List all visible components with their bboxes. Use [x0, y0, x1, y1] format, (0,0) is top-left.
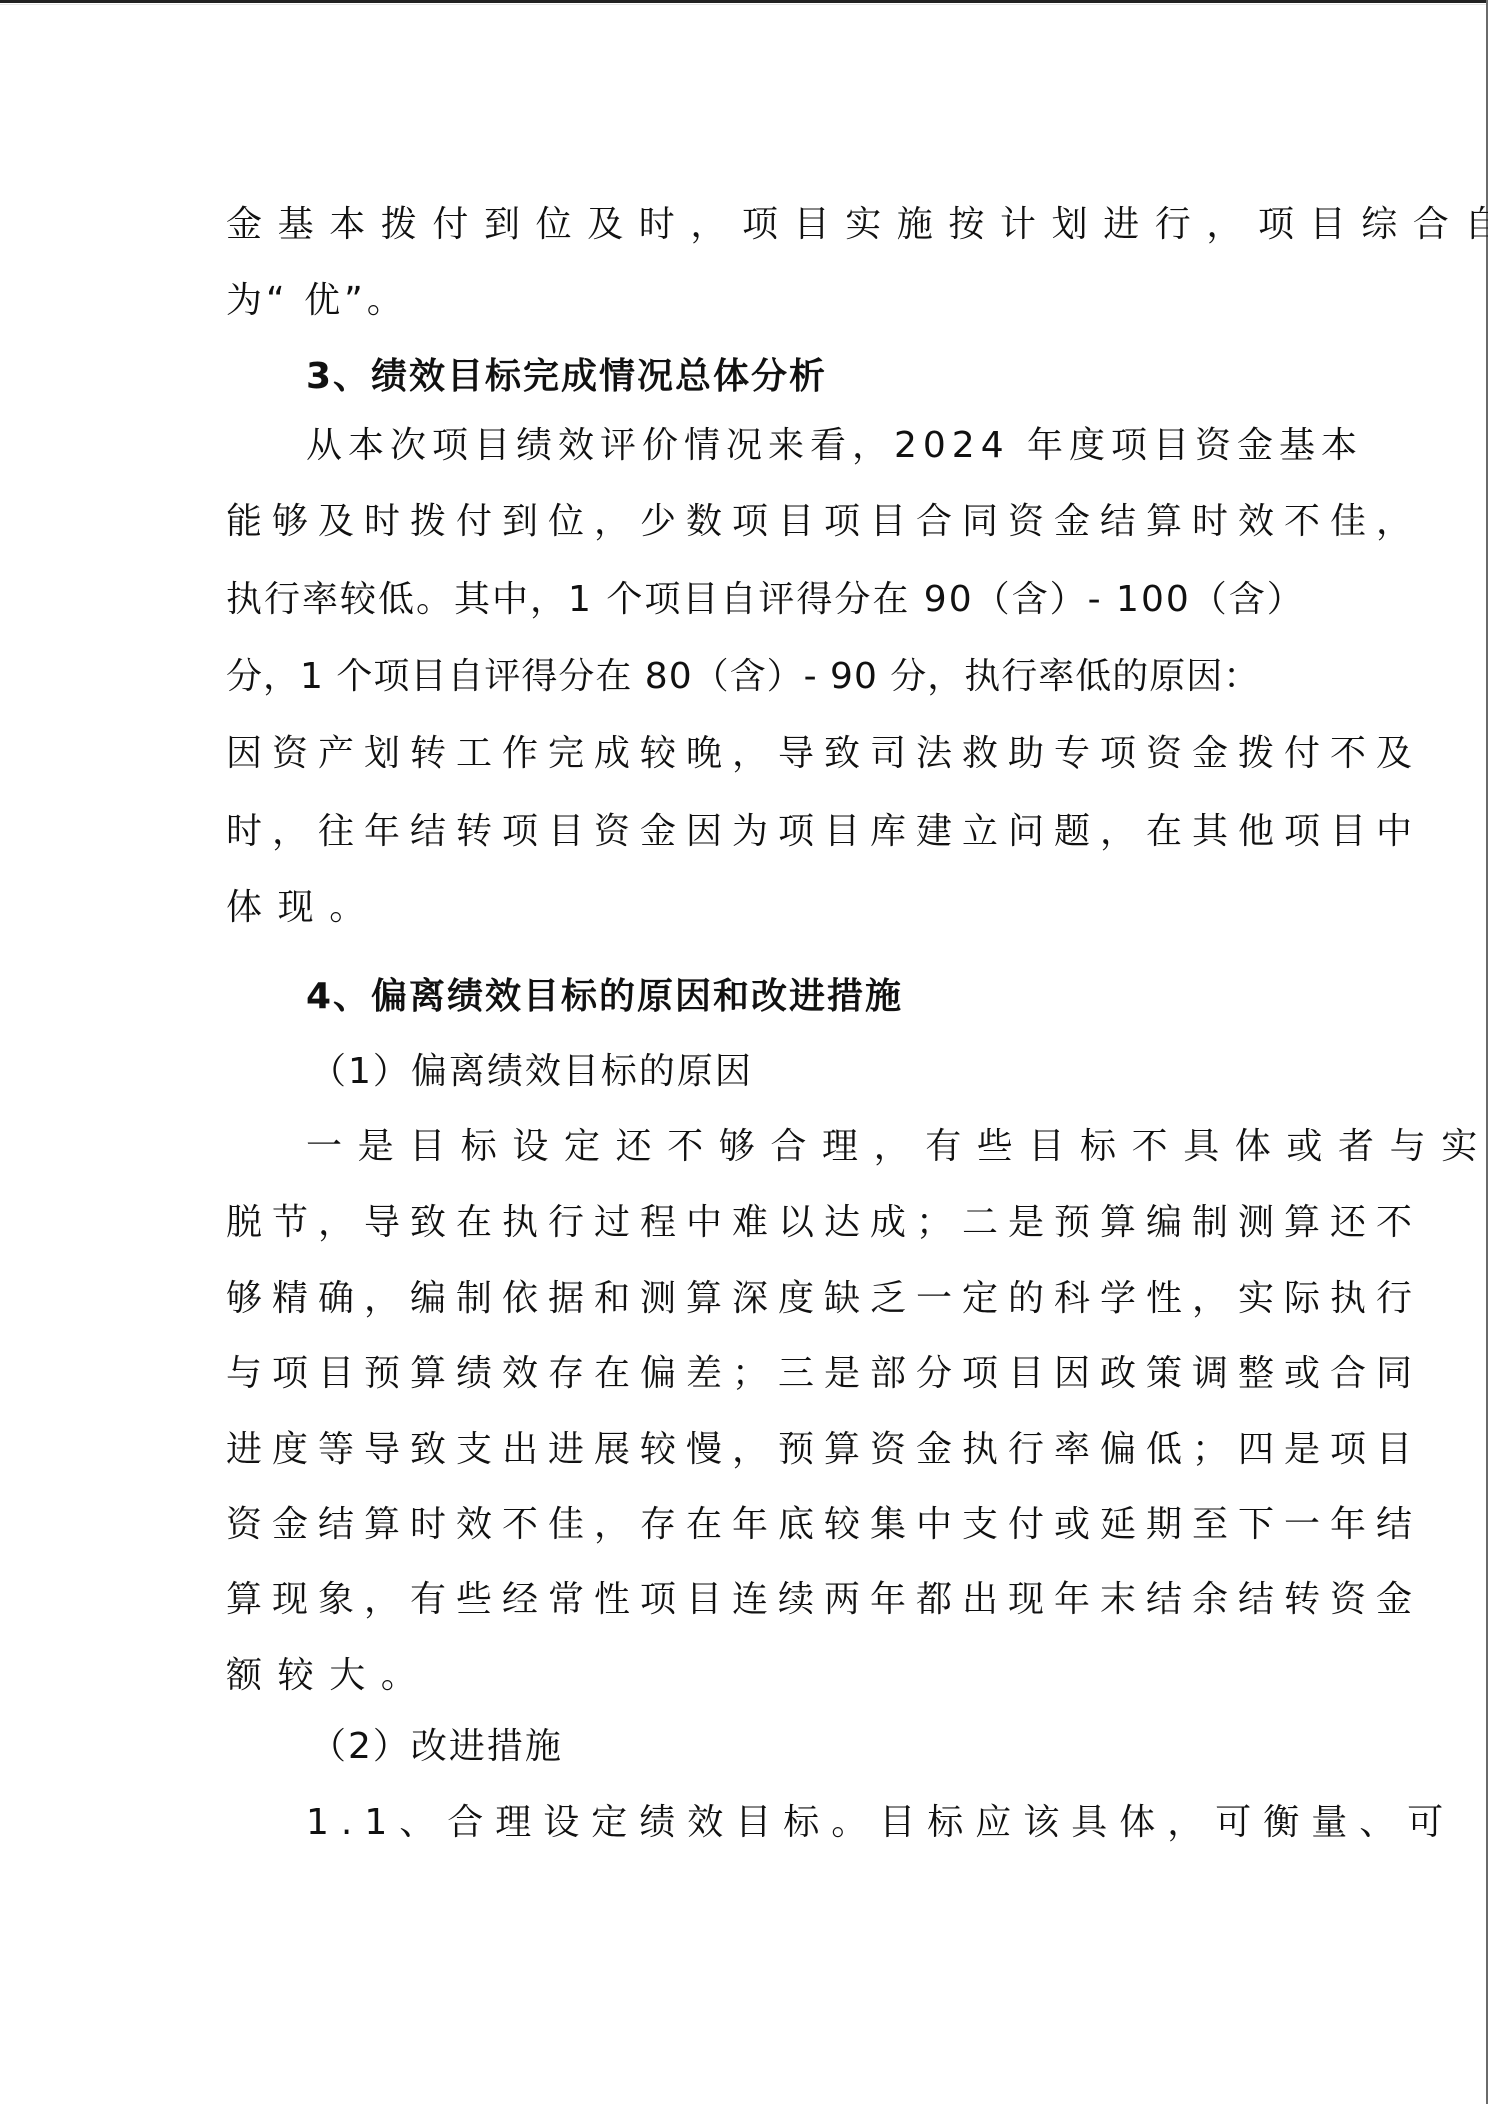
- paragraph-line: 额较大。: [226, 1652, 432, 1700]
- section-heading-3: 3、绩效目标完成情况总体分析: [306, 353, 827, 401]
- paragraph-line: 体现。: [226, 884, 381, 932]
- paragraph-line: 与项目预算绩效存在偏差；三是部分项目因政策调整或合同: [226, 1350, 1422, 1398]
- paragraph-line: 1.1、合理设定绩效目标。目标应该具体，可衡量、可: [306, 1799, 1455, 1847]
- paragraph-line: 金基本拨付到位及时，项目实施按计划进行，项目综合自评: [226, 201, 1488, 249]
- paragraph-line: 时，往年结转项目资金因为项目库建立问题，在其他项目中: [226, 808, 1422, 856]
- paragraph-line: 进度等导致支出进展较慢，预算资金执行率偏低；四是项目: [226, 1426, 1422, 1474]
- section-heading-4: 4、偏离绩效目标的原因和改进措施: [306, 973, 903, 1021]
- paragraph-line: 分，1 个项目自评得分在 80（含）- 90 分，执行率低的原因：: [226, 653, 1260, 701]
- paragraph-line: 资金结算时效不佳，存在年底较集中支付或延期至下一年结: [226, 1501, 1422, 1549]
- paragraph-line: 因资产划转工作完成较晚，导致司法救助专项资金拨付不及: [226, 730, 1422, 778]
- paragraph-line: 算现象，有些经常性项目连续两年都出现年末结余结转资金: [226, 1576, 1422, 1624]
- paragraph-line: 一是目标设定还不够合理，有些目标不具体或者与实际: [306, 1123, 1488, 1171]
- document-page: 金基本拨付到位及时，项目实施按计划进行，项目综合自评 为“ 优”。 3、绩效目标…: [0, 0, 1486, 2104]
- subsection-heading-1: （1）偏离绩效目标的原因: [310, 1048, 753, 1096]
- paragraph-line: 够精确，编制依据和测算深度缺乏一定的科学性，实际执行: [226, 1275, 1422, 1323]
- paragraph-line: 执行率较低。其中，1 个项目自评得分在 90（含）- 100（含）: [226, 576, 1305, 624]
- paragraph-line: 能够及时拨付到位，少数项目项目合同资金结算时效不佳，: [226, 498, 1422, 546]
- paragraph-line: 为“ 优”。: [226, 277, 407, 325]
- paragraph-line: 从本次项目绩效评价情况来看，2024 年度项目资金基本: [306, 422, 1363, 470]
- paragraph-line: 脱节，导致在执行过程中难以达成；二是预算编制测算还不: [226, 1199, 1422, 1247]
- subsection-heading-2: （2）改进措施: [310, 1723, 563, 1771]
